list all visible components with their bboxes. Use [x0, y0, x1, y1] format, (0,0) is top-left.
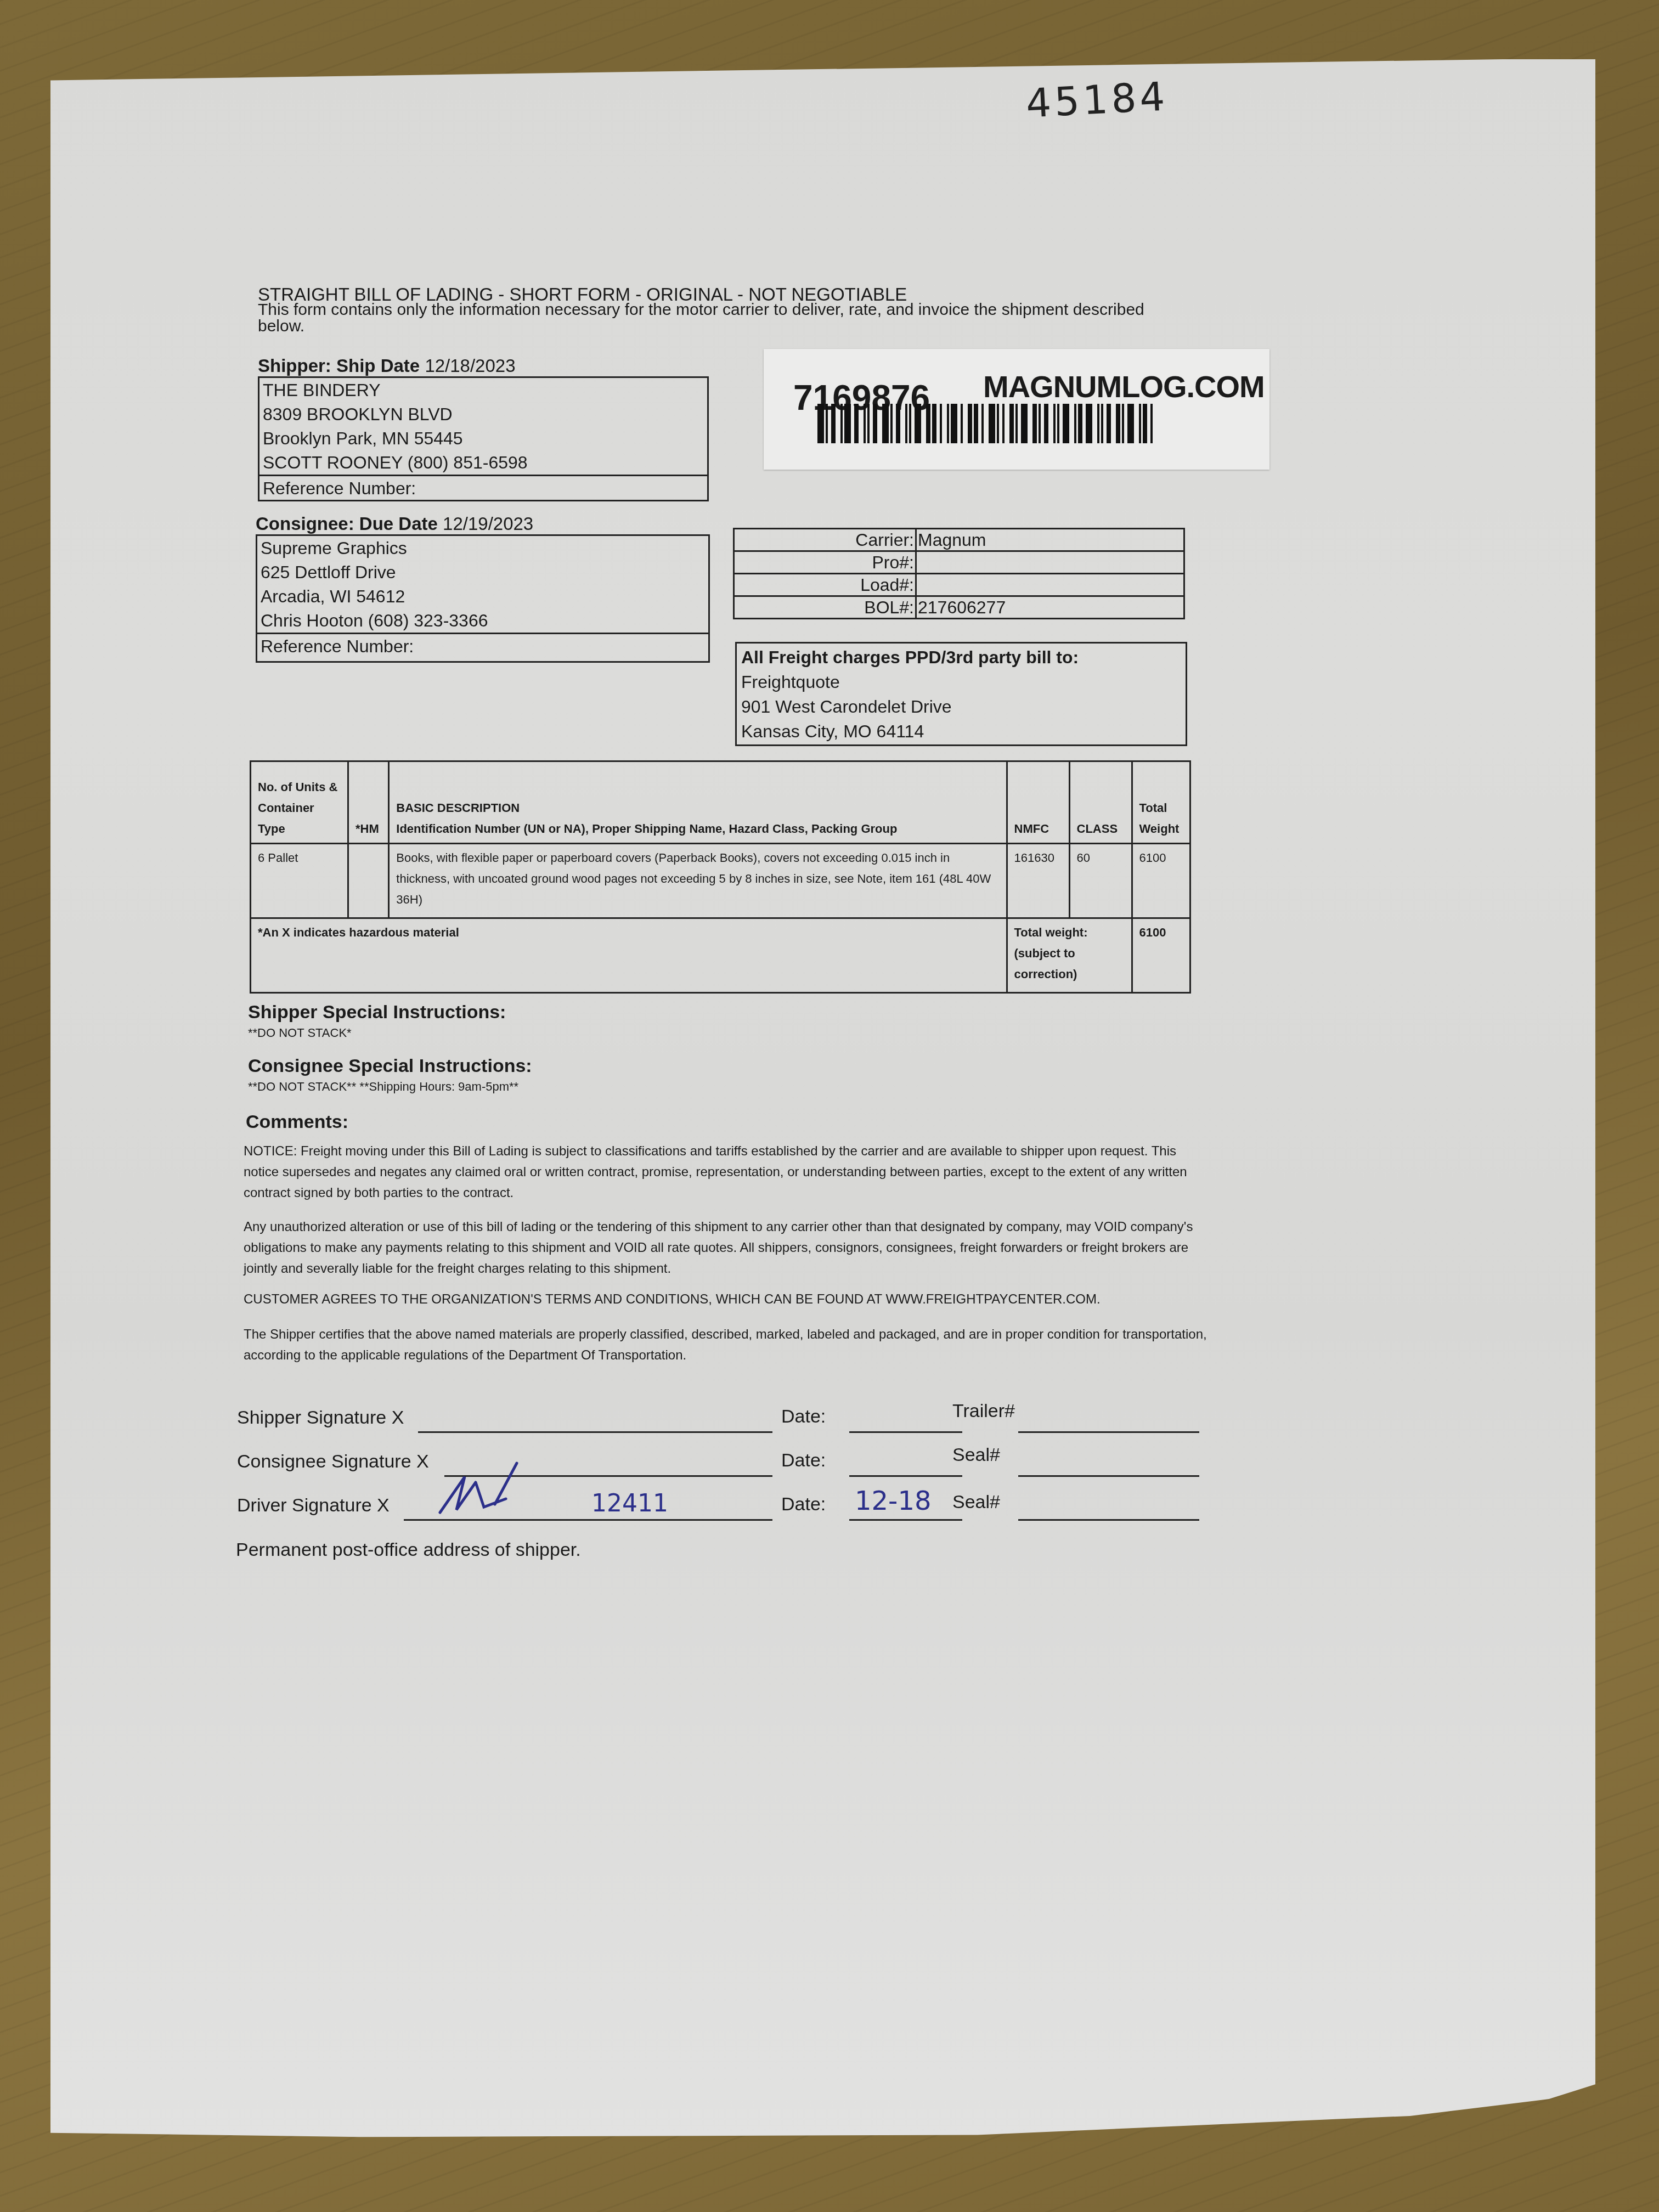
barcode-bar — [840, 404, 843, 443]
bol-row: BOL#:217606277 — [734, 596, 1184, 619]
barcode-bar — [1021, 404, 1028, 443]
barcode-bar — [1044, 404, 1048, 443]
barcode-bar — [854, 404, 859, 443]
shipper-line: THE BINDERY — [259, 378, 707, 402]
consignee-signature-label: Consignee Signature X — [237, 1451, 429, 1472]
shipper-line: Brooklyn Park, MN 55445 — [259, 426, 707, 450]
freight-table: No. of Units & Container Type *HM BASIC … — [250, 760, 1191, 994]
row-hm — [348, 844, 388, 918]
driver-date-label: Date: — [781, 1494, 826, 1515]
sticker-website: MAGNUMLOG.COM — [983, 369, 1265, 404]
barcode-bar — [932, 404, 936, 443]
shipper-heading: Shipper: Ship Date 12/18/2023 — [258, 356, 516, 376]
carrier-row: Carrier:Magnum — [734, 529, 1184, 551]
barcode-bar — [1009, 404, 1014, 443]
header-hm: *HM — [348, 761, 388, 844]
consignee-line: Supreme Graphics — [257, 536, 708, 560]
barcode-bar — [1015, 404, 1018, 443]
barcode-bar — [926, 404, 930, 443]
barcode-bar — [968, 404, 972, 443]
table-row: 6 Pallet Books, with flexible paper or p… — [251, 844, 1190, 918]
shipper-date-label: Date: — [781, 1406, 826, 1427]
consignee-line: Arcadia, WI 54612 — [257, 584, 708, 608]
barcode-bar — [864, 404, 866, 443]
shipper-instructions-text: **DO NOT STACK* — [248, 1026, 352, 1040]
bill-to-box: All Freight charges PPD/3rd party bill t… — [735, 642, 1187, 746]
consignee-line: Chris Hooton (608) 323-3366 — [257, 608, 708, 633]
header-nmfc: NMFC — [1007, 761, 1069, 844]
shipper-signature-field[interactable] — [418, 1430, 772, 1433]
row-weight: 6100 — [1132, 844, 1190, 918]
trailer-field[interactable] — [1018, 1430, 1199, 1433]
barcode-bar — [831, 404, 836, 443]
certification-paragraph: The Shipper certifies that the above nam… — [244, 1324, 1209, 1366]
consignee-signature-row: Consignee Signature X Date: Seal# — [237, 1444, 1208, 1477]
consignee-seal-field[interactable] — [1018, 1474, 1199, 1477]
barcode-bar — [1143, 404, 1147, 443]
alteration-paragraph: Any unauthorized alteration or use of th… — [244, 1217, 1209, 1279]
consignee-instructions-text: **DO NOT STACK** **Shipping Hours: 9am-5… — [248, 1080, 518, 1094]
barcode-bar — [1097, 404, 1099, 443]
barcode-bar — [1107, 404, 1111, 443]
consignee-address-box: Supreme Graphics 625 Dettloff Drive Arca… — [256, 534, 710, 663]
consignee-seal-label: Seal# — [952, 1444, 1000, 1466]
hazmat-note: *An X indicates hazardous material — [251, 918, 1007, 993]
shipper-line: 8309 BROOKLYN BLVD — [259, 402, 707, 426]
pro-key: Pro#: — [734, 551, 916, 574]
barcode-bar — [951, 404, 957, 443]
due-date: 12/19/2023 — [443, 513, 533, 534]
notice-paragraph: NOTICE: Freight moving under this Bill o… — [244, 1141, 1209, 1204]
header-weight: Total Weight — [1132, 761, 1190, 844]
bol-value: 217606277 — [916, 596, 1184, 619]
comments-heading: Comments: — [246, 1111, 348, 1133]
shipper-instructions-heading: Shipper Special Instructions: — [248, 1002, 506, 1023]
row-nmfc: 161630 — [1007, 844, 1069, 918]
driver-signature-label: Driver Signature X — [237, 1495, 390, 1516]
barcode-bar — [882, 404, 889, 443]
shipper-signature-label: Shipper Signature X — [237, 1407, 404, 1429]
driver-seal-label: Seal# — [952, 1492, 1000, 1513]
bill-to-heading: All Freight charges PPD/3rd party bill t… — [741, 645, 1181, 670]
barcode-bar — [1122, 404, 1124, 443]
freight-footer-row: *An X indicates hazardous material Total… — [251, 918, 1190, 993]
driver-signature-row: Driver Signature X 12411 Date: 12-18 Sea… — [237, 1488, 1208, 1521]
barcode-bar — [1139, 404, 1141, 443]
barcode-bar — [940, 404, 942, 443]
shipper-address-box: THE BINDERY 8309 BROOKLYN BLVD Brooklyn … — [258, 376, 709, 501]
driver-signature-scribble-icon — [435, 1460, 555, 1521]
barcode-bar — [947, 404, 949, 443]
barcode-bar — [1002, 404, 1005, 443]
barcode-bar — [981, 404, 984, 443]
carrier-value: Magnum — [916, 529, 1184, 551]
barcode-bar — [1063, 404, 1069, 443]
header-class: CLASS — [1069, 761, 1132, 844]
terms-paragraph: CUSTOMER AGREES TO THE ORGANIZATION'S TE… — [244, 1289, 1209, 1310]
barcode-bar — [1086, 404, 1092, 443]
driver-date-handwritten: 12-18 — [855, 1486, 931, 1516]
barcode-bar — [1150, 404, 1153, 443]
carrier-info-table: Carrier:Magnum Pro#: Load#: BOL#:2176062… — [733, 528, 1185, 619]
barcode-bar — [1057, 404, 1059, 443]
consignee-date-label: Date: — [781, 1450, 826, 1471]
load-key: Load#: — [734, 574, 916, 596]
handwritten-page-number: 45184 — [1025, 73, 1169, 126]
header-desc-sub: Identification Number (UN or NA), Proper… — [396, 819, 999, 839]
barcode-bar — [867, 404, 870, 443]
carrier-key: Carrier: — [734, 529, 916, 551]
barcode-bar — [890, 404, 893, 443]
trailer-label: Trailer# — [952, 1401, 1015, 1422]
bill-of-lading: 45184 STRAIGHT BILL OF LADING - SHORT FO… — [0, 0, 1659, 2212]
barcode-bar — [1078, 404, 1082, 443]
driver-seal-field[interactable] — [1018, 1518, 1199, 1521]
consignee-instructions-heading: Consignee Special Instructions: — [248, 1056, 532, 1077]
bol-key: BOL#: — [734, 596, 916, 619]
pro-row: Pro#: — [734, 551, 1184, 574]
barcode-bar — [961, 404, 963, 443]
barcode-bar — [1127, 404, 1134, 443]
permanent-address-note: Permanent post-office address of shipper… — [236, 1539, 581, 1561]
header-description: BASIC DESCRIPTION Identification Number … — [389, 761, 1007, 844]
barcode-bar — [915, 404, 921, 443]
shipper-date-field[interactable] — [849, 1430, 962, 1433]
barcode-icon — [817, 404, 1212, 443]
driver-date-field[interactable] — [849, 1518, 962, 1521]
ship-date: 12/18/2023 — [425, 356, 515, 376]
consignee-heading: Consignee: Due Date 12/19/2023 — [256, 513, 533, 534]
barcode-bar — [1053, 404, 1056, 443]
pro-value — [916, 551, 1184, 574]
shipper-reference-number: Reference Number: — [259, 475, 707, 500]
load-row: Load#: — [734, 574, 1184, 596]
barcode-bar — [997, 404, 999, 443]
bill-to-line: 901 West Carondelet Drive — [741, 695, 1181, 719]
header-units: No. of Units & Container Type — [251, 761, 348, 844]
row-units: 6 Pallet — [251, 844, 348, 918]
barcode-bar — [873, 404, 877, 443]
load-value — [916, 574, 1184, 596]
consignee-label: Consignee: Due Date — [256, 513, 438, 534]
barcode-bar — [826, 404, 828, 443]
shipper-line: SCOTT ROONEY (800) 851-6598 — [259, 450, 707, 475]
row-description: Books, with flexible paper or paperboard… — [389, 844, 1007, 918]
barcode-bar — [909, 404, 911, 443]
barcode-bar — [1101, 404, 1103, 443]
barcode-bar — [817, 404, 824, 443]
barcode-bar — [905, 404, 907, 443]
barcode-bar — [1116, 404, 1120, 443]
shipper-signature-row: Shipper Signature X Date: Trailer# — [237, 1400, 1208, 1433]
row-class: 60 — [1069, 844, 1132, 918]
total-weight-value: 6100 — [1132, 918, 1190, 993]
barcode-sticker: 7169876 MAGNUMLOG.COM — [764, 349, 1269, 470]
bill-to-line: Kansas City, MO 64114 — [741, 719, 1181, 744]
barcode-bar — [844, 404, 851, 443]
consignee-date-field[interactable] — [849, 1474, 962, 1477]
shipper-label: Shipper: Ship Date — [258, 356, 420, 376]
form-subtitle: This form contains only the information … — [258, 302, 1158, 335]
freight-header-row: No. of Units & Container Type *HM BASIC … — [251, 761, 1190, 844]
total-weight-label: Total weight: (subject to correction) — [1007, 918, 1132, 993]
consignee-reference-number: Reference Number: — [257, 633, 708, 658]
consignee-line: 625 Dettloff Drive — [257, 560, 708, 584]
barcode-bar — [1074, 404, 1076, 443]
barcode-bar — [974, 404, 978, 443]
barcode-bar — [1039, 404, 1041, 443]
header-desc-title: BASIC DESCRIPTION — [396, 798, 999, 819]
barcode-bar — [989, 404, 995, 443]
barcode-bar — [896, 404, 900, 443]
bill-to-line: Freightquote — [741, 670, 1181, 695]
driver-handwritten-number: 12411 — [591, 1489, 668, 1517]
barcode-bar — [1032, 404, 1037, 443]
